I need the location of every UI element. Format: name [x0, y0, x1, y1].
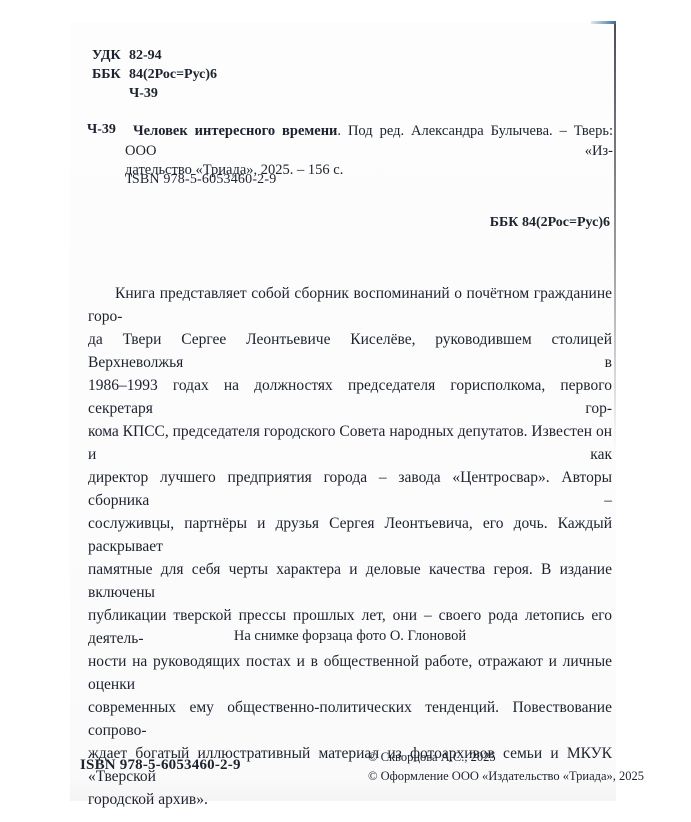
copyright-block: © Скворцова А.С., 2025© Оформление ООО «… — [368, 748, 644, 785]
book-imprint-page: УДК 82-94 ББК 84(2Рос=Рус)6 Ч-39 Ч-39 Че… — [70, 22, 616, 801]
annotation-line: Книга представляет собой сборник воспоми… — [88, 282, 612, 328]
annotation-line: кома КПСС, председателя городского Совет… — [88, 420, 612, 466]
catalog-entry-sign: Ч-39 — [87, 122, 116, 138]
annotation-line: директор лучшего предприятия города – за… — [88, 466, 612, 512]
annotation-line: да Твери Сергее Леонтьевиче Киселёве, ру… — [88, 328, 612, 374]
annotation-line: ности на руководящих постах и в обществе… — [88, 650, 612, 696]
copyright-line: © Оформление ООО «Издательство «Триада»,… — [368, 767, 644, 786]
udk-row: УДК 82-94 — [92, 46, 217, 65]
udk-value: 82-94 — [129, 46, 162, 65]
catalog-entry-line1: Человек интересного времени. Под ред. Ал… — [125, 122, 613, 161]
bbk-value: 84(2Рос=Рус)6 — [129, 65, 217, 84]
author-sign-spacer — [92, 84, 129, 103]
scan-corner-mark — [591, 21, 616, 24]
scan-edge-line — [614, 22, 616, 452]
frontispiece-photo-note: На снимке форзаца фото О. Глоновой — [88, 628, 612, 645]
udk-label: УДК — [92, 46, 129, 65]
copyright-line: © Скворцова А.С., 2025 — [368, 748, 644, 767]
annotation-line: сослуживцы, партнёры и друзья Сергея Лео… — [88, 512, 612, 558]
annotation-paragraph: Книга представляет собой сборник воспоми… — [88, 282, 612, 811]
footer-isbn: ISBN 978-5-6053460-2-9 — [80, 757, 241, 774]
classification-block: УДК 82-94 ББК 84(2Рос=Рус)6 Ч-39 — [92, 46, 217, 103]
annotation-line: современных ему общественно-политических… — [88, 696, 612, 742]
bbk-right-aligned: ББК 84(2Рос=Рус)6 — [490, 215, 610, 231]
bbk-label: ББК — [92, 65, 129, 84]
bbk-row: ББК 84(2Рос=Рус)6 — [92, 65, 217, 84]
catalog-entry-isbn: ISBN 978-5-6053460-2-9 — [127, 172, 276, 188]
annotation-line: городской архив». — [88, 788, 612, 811]
annotation-line: 1986–1993 годах на должностях председате… — [88, 374, 612, 420]
book-title: Человек интересного времени — [133, 123, 337, 139]
author-sign-row: Ч-39 — [92, 84, 217, 103]
author-sign: Ч-39 — [129, 84, 158, 103]
annotation-line: памятные для себя черты характера и дело… — [88, 558, 612, 604]
